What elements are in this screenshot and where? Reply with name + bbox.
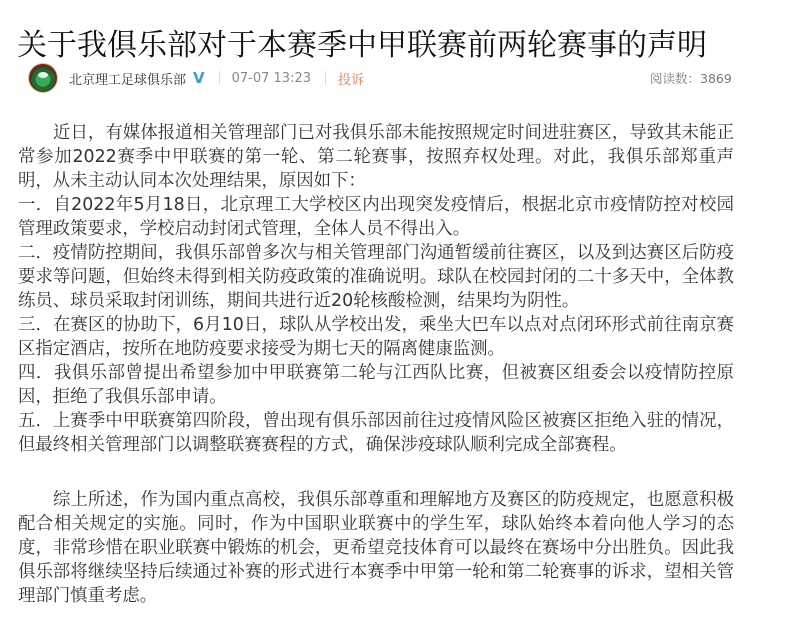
list-item: 一．自2022年5月18日，北京理工大学校区内出现突发疫情后，根据北京市疫情防控… bbox=[18, 193, 734, 241]
list-item: 五．上赛季中甲联赛第四阶段，曾出现有俱乐部因前往过疫情风险区被赛区拒绝入驻的情况… bbox=[18, 409, 734, 457]
conclusion-paragraph: 综上所述，作为国内重点高校，我俱乐部尊重和理解地方及赛区的防疫规定，也愿意积极配… bbox=[18, 488, 734, 608]
author-avatar[interactable] bbox=[28, 63, 58, 93]
author-name[interactable]: 北京理工足球俱乐部 bbox=[69, 69, 186, 88]
verified-badge-icon: V bbox=[193, 69, 205, 87]
article-title: 关于我俱乐部对于本赛季中甲联赛前两轮赛事的声明 bbox=[17, 26, 707, 66]
list-item: 二．疫情防控期间，我俱乐部曾多次与相关管理部门沟通暂缓前往赛区，以及到达赛区后防… bbox=[18, 241, 734, 313]
intro-paragraph: 近日，有媒体报道相关管理部门已对我俱乐部未能按照规定时间进驻赛区，导致其未能正常… bbox=[18, 121, 734, 193]
report-link[interactable]: 投诉 bbox=[338, 69, 364, 88]
paragraph-spacer bbox=[18, 457, 734, 488]
article-body: 近日，有媒体报道相关管理部门已对我俱乐部未能按照规定时间进驻赛区，导致其未能正常… bbox=[18, 121, 734, 608]
publish-time: 07-07 13:23 bbox=[232, 71, 311, 86]
divider bbox=[219, 71, 220, 85]
list-item: 三．在赛区的协助下，6月10日，球队从学校出发，乘坐大巴车以点对点闭环形式前往南… bbox=[18, 313, 734, 361]
divider bbox=[325, 71, 326, 85]
list-item: 四．我俱乐部曾提出希望参加中甲联赛第二轮与江西队比赛，但被赛区组委会以疫情防控原… bbox=[18, 361, 734, 409]
read-count: 阅读数：3869 bbox=[650, 69, 732, 87]
